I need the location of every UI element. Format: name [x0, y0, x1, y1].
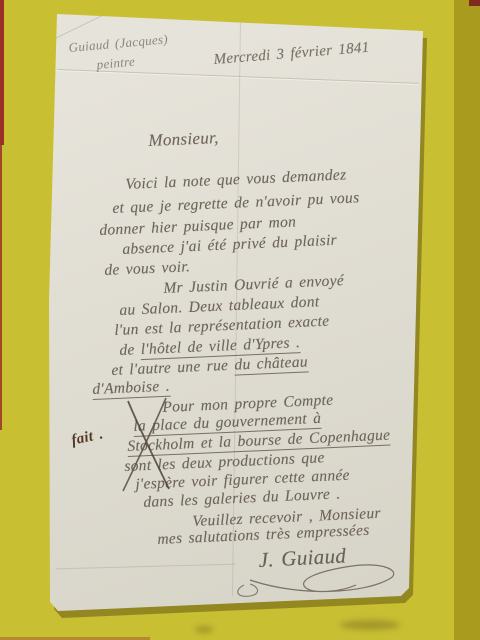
signature: J. Guiaud	[258, 543, 347, 573]
fold-crease-corner	[55, 4, 126, 39]
letter-paper: Guiaud (Jacques) peintre Mercredi 3 févr…	[0, 0, 480, 640]
backdrop-red-left-edge-faint	[0, 145, 2, 430]
fold-crease-bottom	[56, 564, 236, 570]
backdrop-red-left-edge	[0, 0, 4, 145]
letter-line-text: et que je regrette de n'avoir pu vous	[112, 189, 360, 217]
backdrop-smudge	[340, 620, 400, 630]
underlined-phrase-amboise: d'Amboise .	[92, 378, 170, 400]
underlined-phrase-chateau: du château	[234, 353, 308, 375]
backdrop-red-corner	[469, 0, 480, 6]
letter-line: et que je regrette de n'avoir pu vous	[112, 189, 360, 218]
dateline: Mercredi 3 février 1841	[213, 40, 370, 69]
letter-line-text: de	[119, 341, 141, 359]
pencil-annotation-name: Guiaud (Jacques)	[68, 31, 169, 56]
letter-line-text: et l'autre une rue	[111, 357, 235, 379]
backdrop-right-strip	[454, 0, 480, 640]
letter-line: Voici la note que vous demandez	[125, 166, 347, 194]
letter-line: d'Amboise .	[92, 378, 170, 399]
letter-line-text: Voici la note que vous demandez	[125, 166, 347, 193]
letter-line: de vous voir.	[104, 258, 191, 280]
pencil-annotation-profession: peintre	[96, 54, 136, 73]
salutation: Monsieur,	[148, 128, 219, 151]
signature-flourish-loop	[238, 584, 258, 596]
backdrop-smudge	[195, 626, 213, 633]
photo-of-letter: Guiaud (Jacques) peintre Mercredi 3 févr…	[0, 0, 480, 640]
letter-line-text: de vous voir.	[104, 258, 190, 279]
margin-note-fait: fait .	[70, 426, 105, 449]
